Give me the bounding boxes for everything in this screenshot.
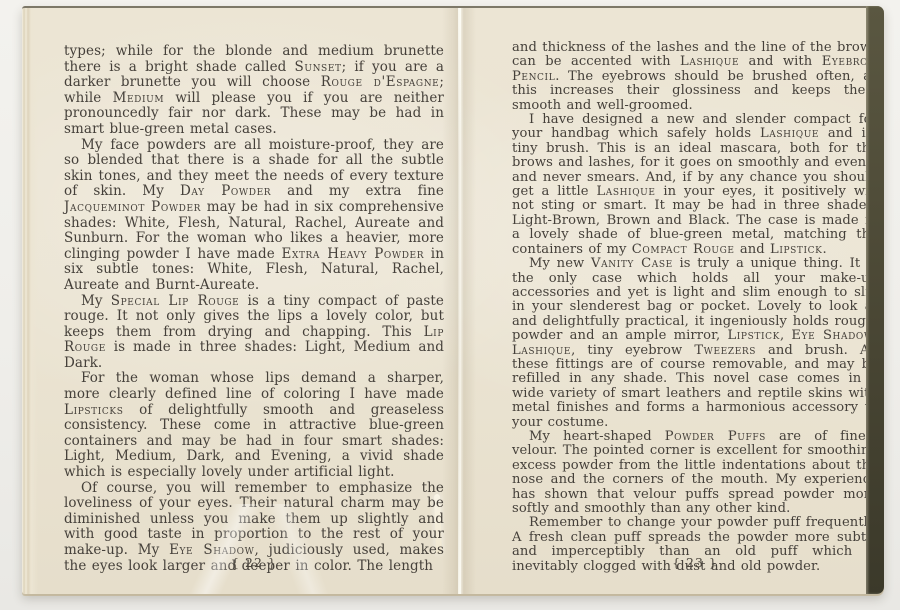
- open-booklet: types; while for the blonde and medium b…: [22, 6, 884, 594]
- body-text: My new: [529, 256, 591, 271]
- body-text: and my extra fine: [271, 183, 444, 199]
- paragraph: For the woman whose lips demand a sharpe…: [64, 371, 444, 480]
- body-text: My: [81, 293, 111, 309]
- page-23-number: { 23 }: [512, 555, 878, 570]
- body-text: For the woman whose lips demand a sharpe…: [64, 370, 444, 402]
- product-name-smallcaps: Day Powder: [180, 183, 271, 199]
- body-text: ,: [780, 328, 791, 343]
- page-22-number: { 22 }: [64, 555, 444, 570]
- product-name-smallcaps: Medium: [113, 90, 165, 106]
- product-name-smallcaps: Lashique: [680, 54, 739, 69]
- paragraph: My Special Lip Rouge is a tiny compact o…: [64, 294, 444, 372]
- body-text: My heart-shaped: [529, 429, 665, 444]
- spine-crease-highlight: [458, 8, 461, 594]
- product-name-smallcaps: Compact Rouge: [632, 242, 735, 257]
- product-name-smallcaps: Powder Puffs: [665, 429, 766, 444]
- paragraph: I have designed a new and slender compac…: [512, 113, 878, 257]
- product-name-smallcaps: Jacqueminot Powder: [64, 199, 201, 215]
- product-name-smallcaps: Lipsticks: [64, 402, 123, 418]
- body-text: is made in three shades: Light, Medium a…: [64, 339, 444, 371]
- product-name-smallcaps: Lipstick: [770, 242, 822, 257]
- product-name-smallcaps: Tweezers: [694, 343, 756, 358]
- body-text: and with: [739, 54, 822, 69]
- paragraph: types; while for the blonde and medium b…: [64, 44, 444, 138]
- back-cover-edge: [866, 6, 884, 594]
- page-23-text: and thickness of the lashes and the line…: [512, 41, 878, 574]
- page-22-text: types; while for the blonde and medium b…: [64, 44, 444, 574]
- body-text: , tiny eyebrow: [571, 343, 694, 358]
- body-text: . The eyebrows should be brushed often, …: [512, 69, 878, 113]
- product-name-smallcaps: Lashique: [760, 126, 819, 141]
- product-name-smallcaps: Vanity Case: [591, 256, 673, 271]
- booklet-scan: types; while for the blonde and medium b…: [0, 0, 900, 610]
- body-text: .: [822, 242, 826, 257]
- product-name-smallcaps: Lipstick: [727, 328, 779, 343]
- product-name-smallcaps: Lashique: [596, 184, 655, 199]
- product-name-smallcaps: Lashique: [512, 343, 571, 358]
- product-name-smallcaps: Rouge d'Espagne: [321, 74, 440, 90]
- product-name-smallcaps: Eye Shadow: [791, 328, 873, 343]
- paragraph: and thickness of the lashes and the line…: [512, 41, 878, 113]
- product-name-smallcaps: Special Lip Rouge: [111, 293, 240, 309]
- paragraph: My heart-shaped Powder Puffs are of fine…: [512, 430, 878, 516]
- paragraph: My new Vanity Case is truly a unique thi…: [512, 257, 878, 430]
- paragraph: My face powders are all moisture-proof, …: [64, 138, 444, 294]
- product-name-smallcaps: Extra Heavy Powder: [281, 246, 424, 262]
- product-name-smallcaps: Sunset: [295, 59, 342, 75]
- body-text: and: [735, 242, 770, 257]
